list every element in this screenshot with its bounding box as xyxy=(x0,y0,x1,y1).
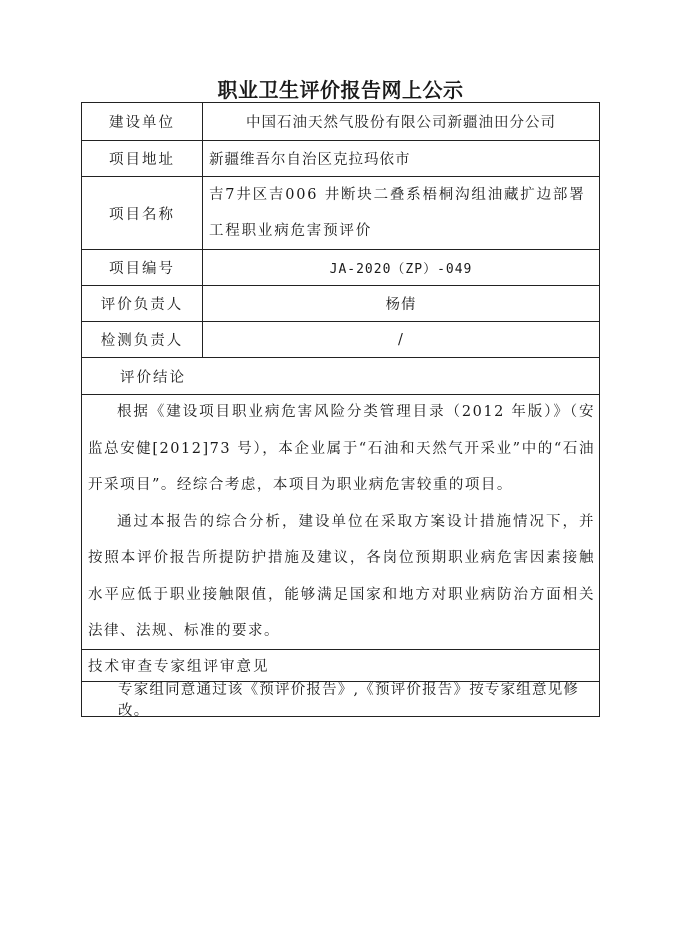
row-review-heading: 技术审查专家组评审意见 xyxy=(82,649,599,681)
conclusion-paragraph: 通过本报告的综合分析，建设单位在采取方案设计措施情况下，并按照本评价报告所提防护… xyxy=(88,504,595,650)
row-construction-unit: 建设单位 中国石油天然气股份有限公司新疆油田分公司 xyxy=(82,103,599,140)
row-project-address: 项目地址 新疆维吾尔自治区克拉玛依市 xyxy=(82,140,599,176)
row-evaluation-lead: 评价负责人 杨倩 xyxy=(82,285,599,321)
review-opinion: 专家组同意通过该《预评价报告》,《预评价报告》按专家组意见修改。 xyxy=(82,682,599,716)
label-testing-lead: 检测负责人 xyxy=(82,322,203,357)
label-evaluation-lead: 评价负责人 xyxy=(82,286,203,321)
conclusion-paragraph: 根据《建设项目职业病危害风险分类管理目录（2012 年版）》（安监总安健[201… xyxy=(88,394,595,504)
row-project-name: 项目名称 吉7井区吉006 井断块二叠系梧桐沟组油藏扩边部署工程职业病危害预评价 xyxy=(82,176,599,249)
value-project-number: JA-2020（ZP）-049 xyxy=(203,250,599,285)
page-title: 职业卫生评价报告网上公示 xyxy=(0,74,681,103)
label-project-number: 项目编号 xyxy=(82,250,203,285)
conclusion-body: 根据《建设项目职业病危害风险分类管理目录（2012 年版）》（安监总安健[201… xyxy=(82,394,599,650)
row-project-number: 项目编号 JA-2020（ZP）-049 xyxy=(82,249,599,285)
row-conclusion-body: 根据《建设项目职业病危害风险分类管理目录（2012 年版）》（安监总安健[201… xyxy=(82,394,599,649)
label-construction-unit: 建设单位 xyxy=(82,103,203,140)
value-evaluation-lead: 杨倩 xyxy=(203,286,599,321)
review-heading: 技术审查专家组评审意见 xyxy=(82,650,599,681)
label-project-address: 项目地址 xyxy=(82,141,203,176)
value-construction-unit: 中国石油天然气股份有限公司新疆油田分公司 xyxy=(203,103,599,140)
row-testing-lead: 检测负责人 / xyxy=(82,321,599,357)
value-project-address: 新疆维吾尔自治区克拉玛依市 xyxy=(203,141,599,176)
value-testing-lead: / xyxy=(203,322,599,357)
row-review-opinion: 专家组同意通过该《预评价报告》,《预评价报告》按专家组意见修改。 xyxy=(82,681,599,716)
info-table: 建设单位 中国石油天然气股份有限公司新疆油田分公司 项目地址 新疆维吾尔自治区克… xyxy=(81,102,600,717)
conclusion-heading: 评价结论 xyxy=(82,358,599,394)
row-conclusion-heading: 评价结论 xyxy=(82,357,599,394)
value-project-name: 吉7井区吉006 井断块二叠系梧桐沟组油藏扩边部署工程职业病危害预评价 xyxy=(203,177,599,249)
label-project-name: 项目名称 xyxy=(82,177,203,249)
